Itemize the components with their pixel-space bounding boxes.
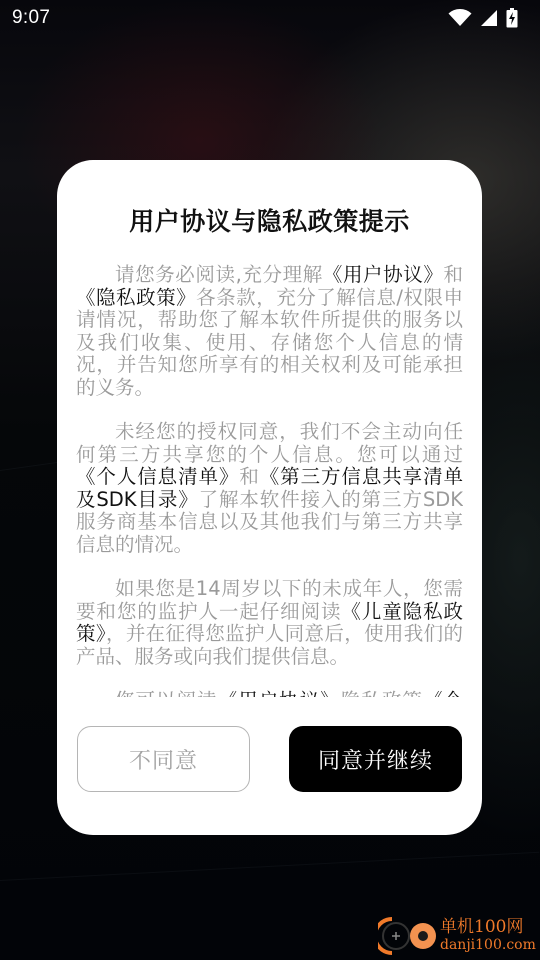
dialog-body-scroll[interactable]: 请您务必阅读,充分理解《用户协议》和《隐私政策》各条款，充分了解信息/权限申请情… xyxy=(76,264,463,697)
status-time: 9:07 xyxy=(12,7,50,29)
policy-text: 未经您的授权同意，我们不会主动向任何第三方共享您的个人信息。您可以通过 xyxy=(76,420,463,466)
agree-continue-button[interactable]: 同意并继续 xyxy=(289,726,462,792)
policy-text: ，并在征得您监护人同意后，使用我们的产品、服务或向我们提供信息。 xyxy=(76,622,463,668)
policy-text: 和 xyxy=(443,264,463,286)
policy-paragraph: 请您务必阅读,充分理解《用户协议》和《隐私政策》各条款，充分了解信息/权限申请情… xyxy=(76,264,463,399)
policy-paragraph: 如果您是14周岁以下的未成年人，您需要和您的监护人一起仔细阅读《儿童隐私政策》，… xyxy=(76,578,463,668)
policy-link[interactable]: 《个人信息清单》 xyxy=(76,465,239,488)
status-bar: 9:07 xyxy=(0,0,540,36)
policy-link[interactable]: 《隐私政策》 xyxy=(76,286,196,309)
watermark-name: 单机100网 xyxy=(440,918,536,937)
watermark-domain: danji100.com xyxy=(440,937,536,954)
policy-text: 和 xyxy=(239,465,259,488)
watermark-logo-icon xyxy=(378,913,438,959)
privacy-dialog: 用户协议与隐私政策提示 请您务必阅读,充分理解《用户协议》和《隐私政策》各条款，… xyxy=(57,160,482,835)
policy-paragraph: 未经您的授权同意，我们不会主动向任何第三方共享您的个人信息。您可以通过《个人信息… xyxy=(76,421,463,556)
policy-text: 请您务必阅读,充分理解 xyxy=(115,264,323,286)
policy-link[interactable]: 《用户协议》 xyxy=(323,264,444,286)
policy-text: 您可以阅读 xyxy=(115,689,218,697)
watermark: 单机100网 danji100.com xyxy=(378,912,540,960)
dialog-title: 用户协议与隐私政策提示 xyxy=(57,202,482,238)
system-icons xyxy=(448,8,518,28)
policy-paragraph: 您可以阅读《用户协议》隐私政策《个人信息清单》第三方信息共享清单及SDK目 xyxy=(76,690,463,697)
battery-charging-icon xyxy=(506,8,518,28)
disagree-button[interactable]: 不同意 xyxy=(77,726,250,792)
policy-link[interactable]: 《用户协议》 xyxy=(218,689,341,697)
wifi-icon xyxy=(448,9,472,27)
cellular-signal-icon xyxy=(480,9,498,27)
policy-text: 隐私政策 xyxy=(341,689,423,697)
